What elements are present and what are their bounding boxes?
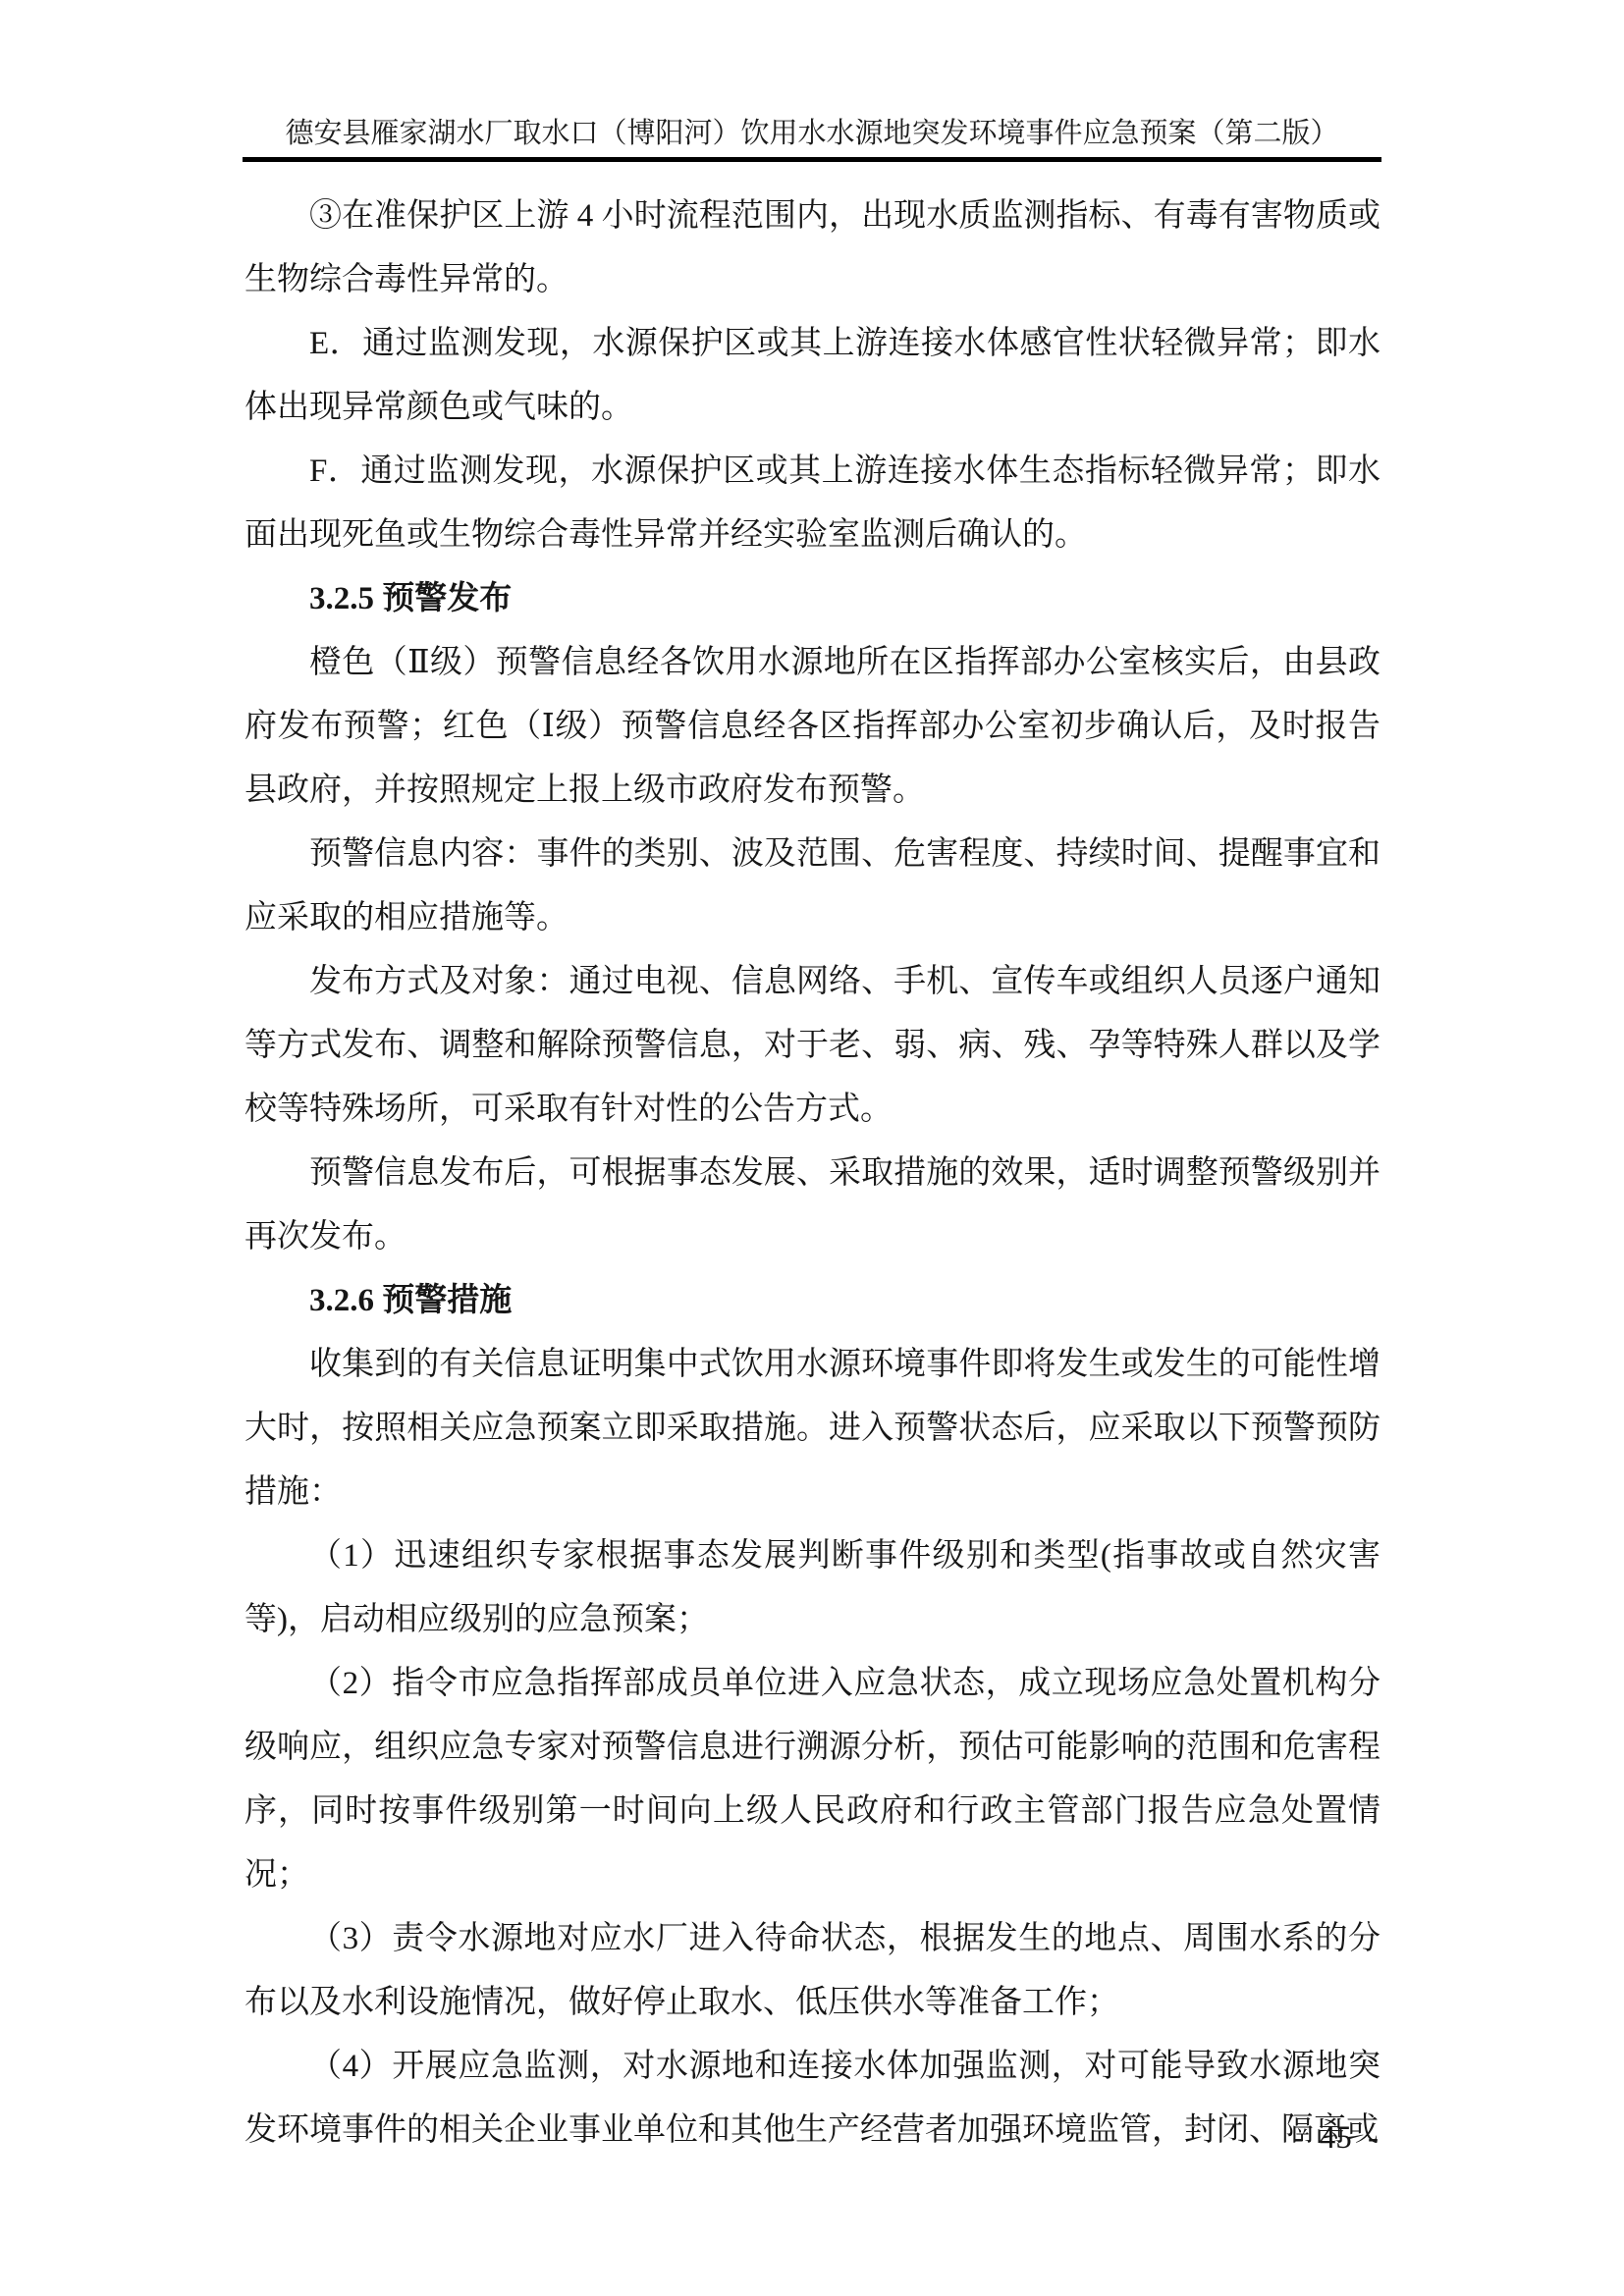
paragraph-criterion-e: E．通过监测发现，水源保护区或其上游连接水体感官性状轻微异常；即水体出现异常颜色… bbox=[244, 312, 1380, 440]
header-rule-divider bbox=[243, 157, 1381, 162]
paragraph-warning-release: 橙色（Ⅱ级）预警信息经各饮用水源地所在区指挥部办公室核实后，由县政府发布预警；红… bbox=[244, 631, 1380, 823]
paragraph-warning-content: 预警信息内容：事件的类别、波及范围、危害程度、持续时间、提醒事宜和应采取的相应措… bbox=[244, 823, 1380, 950]
document-body: ③在准保护区上游 4 小时流程范围内，出现水质监测指标、有毒有害物质或生物综合毒… bbox=[244, 185, 1380, 2163]
section-heading-3-2-6: 3.2.6 预警措施 bbox=[244, 1269, 1380, 1333]
paragraph-measure-3: （3）责令水源地对应水厂进入待命状态，根据发生的地点、周围水系的分布以及水利设施… bbox=[244, 1907, 1380, 2035]
paragraph-measure-1: （1）迅速组织专家根据事态发展判断事件级别和类型(指事故或自然灾害等)，启动相应… bbox=[244, 1524, 1380, 1652]
paragraph-measure-2: （2）指令市应急指挥部成员单位进入应急状态，成立现场应急处置机构分级响应，组织应… bbox=[244, 1652, 1380, 1907]
paragraph-release-methods: 发布方式及对象：通过电视、信息网络、手机、宣传车或组织人员逐户通知等方式发布、调… bbox=[244, 950, 1380, 1142]
paragraph-criterion-f: F．通过监测发现，水源保护区或其上游连接水体生态指标轻微异常；即水面出现死鱼或生… bbox=[244, 440, 1380, 567]
page-header-title: 德安县雁家湖水厂取水口（博阳河）饮用水水源地突发环境事件应急预案（第二版） bbox=[0, 114, 1624, 153]
page-number: - 45 - bbox=[1293, 2116, 1379, 2160]
paragraph-warning-measures-intro: 收集到的有关信息证明集中式饮用水源环境事件即将发生或发生的可能性增大时，按照相关… bbox=[244, 1333, 1380, 1524]
document-page: 德安县雁家湖水厂取水口（博阳河）饮用水水源地突发环境事件应急预案（第二版） ③在… bbox=[0, 0, 1624, 2296]
paragraph-prohibited-zone-item3: ③在准保护区上游 4 小时流程范围内，出现水质监测指标、有毒有害物质或生物综合毒… bbox=[244, 185, 1380, 312]
paragraph-warning-adjustment: 预警信息发布后，可根据事态发展、采取措施的效果，适时调整预警级别并再次发布。 bbox=[244, 1142, 1380, 1269]
paragraph-measure-4: （4）开展应急监测，对水源地和连接水体加强监测，对可能导致水源地突发环境事件的相… bbox=[244, 2035, 1380, 2163]
section-heading-3-2-5: 3.2.5 预警发布 bbox=[244, 567, 1380, 631]
